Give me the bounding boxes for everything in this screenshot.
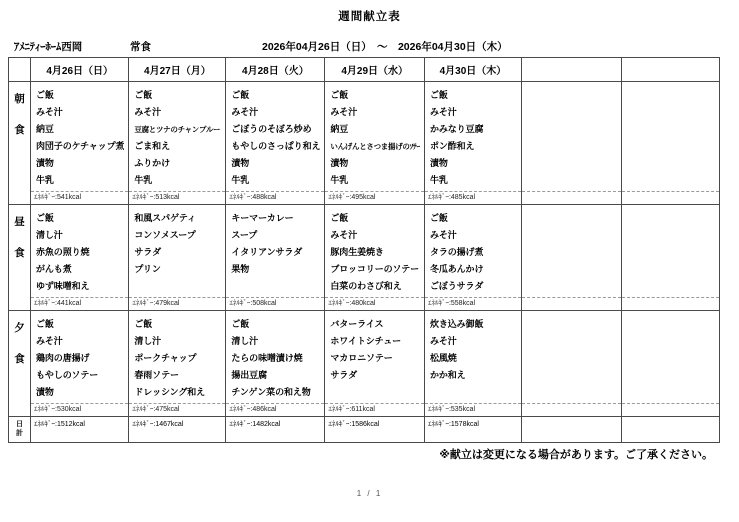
meal-section-row: 夕食ご飯みそ汁鶏肉の唐揚げもやしのソテー漬物ｴﾈﾙｷﾞｰ:530kcalご飯清し…	[9, 311, 720, 417]
empty-total-cell	[521, 417, 621, 443]
menu-item-list: 和風スパゲティコンソメスープサラダプリン	[129, 205, 225, 297]
meal-label-cell: 昼食	[9, 205, 31, 311]
menu-cell: ご飯みそ汁豆腐とツナのチャンプルーごま和えふりかけ牛乳ｴﾈﾙｷﾞｰ:513kca…	[129, 82, 226, 205]
menu-item: プリン	[134, 261, 221, 278]
menu-item: ゆず味噌和え	[36, 278, 124, 295]
energy-value: ｴﾈﾙｷﾞｰ:475kcal	[129, 403, 225, 416]
empty-menu-cell	[521, 205, 621, 311]
day-header: 4月26日（日）	[31, 58, 129, 82]
menu-cell: ご飯みそ汁ごぼうのそぼろ炒めもやしのさっぱり和え漬物牛乳ｴﾈﾙｷﾞｰ:488kc…	[226, 82, 325, 205]
empty-menu-area	[522, 82, 621, 191]
menu-item: ご飯	[36, 210, 124, 227]
menu-item: ご飯	[430, 210, 517, 227]
empty-energy-area	[622, 403, 719, 416]
menu-item: 漬物	[231, 155, 320, 172]
energy-value: ｴﾈﾙｷﾞｰ:508kcal	[226, 297, 324, 310]
menu-item: ブロッコリーのソテー	[330, 261, 420, 278]
energy-value: ｴﾈﾙｷﾞｰ:441kcal	[31, 297, 128, 310]
menu-cell: 和風スパゲティコンソメスープサラダプリンｴﾈﾙｷﾞｰ:479kcal	[129, 205, 226, 311]
empty-menu-area	[622, 82, 719, 191]
empty-menu-cell	[621, 205, 719, 311]
menu-item: 春雨ソテー	[134, 367, 221, 384]
menu-item: 漬物	[430, 155, 517, 172]
menu-item: 牛乳	[36, 172, 124, 189]
menu-cell: 炊き込み御飯みそ汁松風焼かか和えｴﾈﾙｷﾞｰ:535kcal	[424, 311, 521, 417]
empty-total-cell	[621, 417, 719, 443]
menu-item: もやしのさっぱり和え	[231, 138, 320, 155]
daily-total-cell: ｴﾈﾙｷﾞｰ:1578kcal	[424, 417, 521, 443]
menu-item: 漬物	[36, 384, 124, 401]
meal-label-cell: 夕食	[9, 311, 31, 417]
menu-item-list: 炊き込み御飯みそ汁松風焼かか和え	[425, 311, 521, 403]
day-header: 4月27日（月）	[129, 58, 226, 82]
empty-energy-area	[622, 297, 719, 310]
daily-total-label-text: 日計	[15, 420, 23, 438]
daily-total-cell: ｴﾈﾙｷﾞｰ:1586kcal	[325, 417, 425, 443]
day-header-row: 4月26日（日） 4月27日（月） 4月28日（火） 4月29日（水） 4月30…	[9, 58, 720, 82]
daily-total-value: ｴﾈﾙｷﾞｰ:1578kcal	[425, 417, 521, 429]
menu-item: みそ汁	[330, 104, 420, 121]
menu-item: 清し汁	[231, 333, 320, 350]
menu-item: かみなり豆腐	[430, 121, 517, 138]
menu-item: がんも煮	[36, 261, 124, 278]
menu-item: 納豆	[36, 121, 124, 138]
menu-item: ご飯	[430, 87, 517, 104]
menu-item: 納豆	[330, 121, 420, 138]
menu-item: いんげんとさつま揚げのｿﾃｰ	[330, 138, 420, 155]
menu-item: みそ汁	[430, 333, 517, 350]
menu-item: 赤魚の照り焼	[36, 244, 124, 261]
empty-menu-cell	[621, 82, 719, 205]
meal-label-text: 朝食	[13, 84, 25, 146]
menu-item: みそ汁	[330, 227, 420, 244]
empty-day-header	[521, 58, 621, 82]
menu-cell: キーマーカレースープイタリアンサラダ果物ｴﾈﾙｷﾞｰ:508kcal	[226, 205, 325, 311]
menu-item: イタリアンサラダ	[231, 244, 320, 261]
day-header: 4月28日（火）	[226, 58, 325, 82]
empty-menu-cell	[621, 311, 719, 417]
menu-item: 牛乳	[430, 172, 517, 189]
menu-item: 牛乳	[330, 172, 420, 189]
empty-energy-area	[522, 297, 621, 310]
menu-item: バターライス	[330, 316, 420, 333]
menu-item: 清し汁	[36, 227, 124, 244]
menu-item: みそ汁	[430, 227, 517, 244]
energy-value: ｴﾈﾙｷﾞｰ:535kcal	[425, 403, 521, 416]
menu-item-list: ご飯みそ汁かみなり豆腐ポン酢和え漬物牛乳	[425, 82, 521, 191]
menu-item-list: ご飯清し汁赤魚の照り焼がんも煮ゆず味噌和え	[31, 205, 128, 297]
day-header: 4月29日（水）	[325, 58, 425, 82]
menu-cell: ご飯清し汁たらの味噌漬け焼揚出豆腐チンゲン菜の和え物ｴﾈﾙｷﾞｰ:486kcal	[226, 311, 325, 417]
energy-value: ｴﾈﾙｷﾞｰ:558kcal	[425, 297, 521, 310]
energy-value: ｴﾈﾙｷﾞｰ:485kcal	[425, 191, 521, 204]
date-range: 2026年04月26日（日） ～ 2026年04月30日（木）	[262, 39, 508, 54]
menu-item: 果物	[231, 261, 320, 278]
meal-label-cell: 朝食	[9, 82, 31, 205]
menu-item: ごぼうのそぼろ炒め	[231, 121, 320, 138]
menu-item: ごぼうサラダ	[430, 278, 517, 295]
menu-item: 漬物	[330, 155, 420, 172]
menu-item: コンソメスープ	[134, 227, 221, 244]
menu-item: ご飯	[134, 87, 221, 104]
menu-item-list: ご飯みそ汁豚肉生姜焼きブロッコリーのソテー白菜のわさび和え	[325, 205, 424, 297]
document-info-row: ｱﾒﾆﾃｨｰﾎｰﾑ西岡 常食 2026年04月26日（日） ～ 2026年04月…	[14, 39, 713, 54]
menu-cell: ご飯みそ汁納豆肉団子のケチャップ煮漬物牛乳ｴﾈﾙｷﾞｰ:541kcal	[31, 82, 129, 205]
meal-label-text: 昼食	[13, 207, 25, 269]
menu-item: みそ汁	[134, 104, 221, 121]
menu-cell: ご飯みそ汁かみなり豆腐ポン酢和え漬物牛乳ｴﾈﾙｷﾞｰ:485kcal	[424, 82, 521, 205]
menu-item: ポン酢和え	[430, 138, 517, 155]
empty-energy-area	[522, 403, 621, 416]
menu-item: 冬瓜あんかけ	[430, 261, 517, 278]
energy-value: ｴﾈﾙｷﾞｰ:611kcal	[325, 403, 424, 416]
energy-value: ｴﾈﾙｷﾞｰ:480kcal	[325, 297, 424, 310]
empty-day-header	[621, 58, 719, 82]
menu-item: ご飯	[231, 316, 320, 333]
daily-total-row: 日計ｴﾈﾙｷﾞｰ:1512kcalｴﾈﾙｷﾞｰ:1467kcalｴﾈﾙｷﾞｰ:1…	[9, 417, 720, 443]
menu-item: ドレッシング和え	[134, 384, 221, 401]
menu-item: みそ汁	[231, 104, 320, 121]
menu-item-list: ご飯みそ汁納豆肉団子のケチャップ煮漬物牛乳	[31, 82, 128, 191]
meal-section-row: 昼食ご飯清し汁赤魚の照り焼がんも煮ゆず味噌和えｴﾈﾙｷﾞｰ:441kcal和風ス…	[9, 205, 720, 311]
empty-energy-area	[622, 191, 719, 204]
menu-item: 松風焼	[430, 350, 517, 367]
energy-value: ｴﾈﾙｷﾞｰ:495kcal	[325, 191, 424, 204]
menu-item: タラの揚げ煮	[430, 244, 517, 261]
daily-total-label-cell: 日計	[9, 417, 31, 443]
menu-cell: ご飯みそ汁鶏肉の唐揚げもやしのソテー漬物ｴﾈﾙｷﾞｰ:530kcal	[31, 311, 129, 417]
daily-total-cell: ｴﾈﾙｷﾞｰ:1467kcal	[129, 417, 226, 443]
menu-item-list: キーマーカレースープイタリアンサラダ果物	[226, 205, 324, 297]
facility-name: ｱﾒﾆﾃｨｰﾎｰﾑ西岡	[14, 39, 82, 54]
menu-item: ご飯	[330, 210, 420, 227]
page-number: 1 / 1	[0, 489, 739, 498]
menu-cell: ご飯清し汁ポークチャップ春雨ソテードレッシング和えｴﾈﾙｷﾞｰ:475kcal	[129, 311, 226, 417]
empty-menu-area	[522, 311, 621, 403]
menu-item: かか和え	[430, 367, 517, 384]
menu-item: ご飯	[231, 87, 320, 104]
energy-value: ｴﾈﾙｷﾞｰ:513kcal	[129, 191, 225, 204]
menu-item: たらの味噌漬け焼	[231, 350, 320, 367]
energy-value: ｴﾈﾙｷﾞｰ:530kcal	[31, 403, 128, 416]
menu-item: もやしのソテー	[36, 367, 124, 384]
menu-cell: ご飯みそ汁豚肉生姜焼きブロッコリーのソテー白菜のわさび和えｴﾈﾙｷﾞｰ:480k…	[325, 205, 425, 311]
menu-item-list: ご飯清し汁ポークチャップ春雨ソテードレッシング和え	[129, 311, 225, 403]
menu-item: ごま和え	[134, 138, 221, 155]
menu-item: 炊き込み御飯	[430, 316, 517, 333]
menu-item: 牛乳	[231, 172, 320, 189]
diet-type: 常食	[130, 39, 151, 54]
energy-value: ｴﾈﾙｷﾞｰ:541kcal	[31, 191, 128, 204]
menu-cell: ご飯みそ汁タラの揚げ煮冬瓜あんかけごぼうサラダｴﾈﾙｷﾞｰ:558kcal	[424, 205, 521, 311]
menu-item: 肉団子のケチャップ煮	[36, 138, 124, 155]
menu-item: ふりかけ	[134, 155, 221, 172]
daily-total-value: ｴﾈﾙｷﾞｰ:1512kcal	[31, 417, 128, 429]
menu-cell: バターライスホワイトシチューマカロニソテーサラダｴﾈﾙｷﾞｰ:611kcal	[325, 311, 425, 417]
empty-menu-area	[622, 205, 719, 297]
menu-item-list: ご飯みそ汁鶏肉の唐揚げもやしのソテー漬物	[31, 311, 128, 403]
menu-item: マカロニソテー	[330, 350, 420, 367]
menu-item: みそ汁	[430, 104, 517, 121]
menu-table-body: 4月26日（日） 4月27日（月） 4月28日（火） 4月29日（水） 4月30…	[9, 58, 720, 443]
corner-cell	[9, 58, 31, 82]
menu-item: みそ汁	[36, 333, 124, 350]
menu-item: ホワイトシチュー	[330, 333, 420, 350]
day-header: 4月30日（木）	[424, 58, 521, 82]
menu-item: 豚肉生姜焼き	[330, 244, 420, 261]
empty-menu-area	[622, 311, 719, 403]
menu-item: チンゲン菜の和え物	[231, 384, 320, 401]
menu-item: 白菜のわさび和え	[330, 278, 420, 295]
energy-value: ｴﾈﾙｷﾞｰ:479kcal	[129, 297, 225, 310]
menu-cell: ご飯みそ汁納豆いんげんとさつま揚げのｿﾃｰ漬物牛乳ｴﾈﾙｷﾞｰ:495kcal	[325, 82, 425, 205]
menu-item: サラダ	[134, 244, 221, 261]
menu-item: キーマーカレー	[231, 210, 320, 227]
weekly-menu-table: 4月26日（日） 4月27日（月） 4月28日（火） 4月29日（水） 4月30…	[8, 57, 720, 443]
menu-item: スープ	[231, 227, 320, 244]
menu-item: 豆腐とツナのチャンプルー	[134, 121, 221, 138]
menu-item: 清し汁	[134, 333, 221, 350]
page-title: 週間献立表	[0, 8, 739, 24]
energy-value: ｴﾈﾙｷﾞｰ:488kcal	[226, 191, 324, 204]
menu-item: サラダ	[330, 367, 420, 384]
menu-item-list: ご飯みそ汁納豆いんげんとさつま揚げのｿﾃｰ漬物牛乳	[325, 82, 424, 191]
daily-total-cell: ｴﾈﾙｷﾞｰ:1482kcal	[226, 417, 325, 443]
menu-item: ポークチャップ	[134, 350, 221, 367]
empty-energy-area	[522, 191, 621, 204]
menu-item-list: ご飯みそ汁タラの揚げ煮冬瓜あんかけごぼうサラダ	[425, 205, 521, 297]
daily-total-value: ｴﾈﾙｷﾞｰ:1467kcal	[129, 417, 225, 429]
meal-label-text: 夕食	[13, 313, 25, 375]
menu-item: 漬物	[36, 155, 124, 172]
menu-item: 揚出豆腐	[231, 367, 320, 384]
empty-menu-cell	[521, 311, 621, 417]
footer-note: ※献立は変更になる場合があります。ご了承ください。	[439, 446, 713, 462]
daily-total-value: ｴﾈﾙｷﾞｰ:1482kcal	[226, 417, 324, 429]
menu-item: ご飯	[36, 87, 124, 104]
daily-total-value: ｴﾈﾙｷﾞｰ:1586kcal	[325, 417, 424, 429]
menu-item: ご飯	[36, 316, 124, 333]
menu-cell: ご飯清し汁赤魚の照り焼がんも煮ゆず味噌和えｴﾈﾙｷﾞｰ:441kcal	[31, 205, 129, 311]
menu-item-list: ご飯みそ汁豆腐とツナのチャンプルーごま和えふりかけ牛乳	[129, 82, 225, 191]
menu-item: ご飯	[330, 87, 420, 104]
menu-item: みそ汁	[36, 104, 124, 121]
menu-item-list: ご飯みそ汁ごぼうのそぼろ炒めもやしのさっぱり和え漬物牛乳	[226, 82, 324, 191]
menu-item: 鶏肉の唐揚げ	[36, 350, 124, 367]
empty-menu-area	[522, 205, 621, 297]
menu-item: 和風スパゲティ	[134, 210, 221, 227]
daily-total-cell: ｴﾈﾙｷﾞｰ:1512kcal	[31, 417, 129, 443]
meal-section-row: 朝食ご飯みそ汁納豆肉団子のケチャップ煮漬物牛乳ｴﾈﾙｷﾞｰ:541kcalご飯み…	[9, 82, 720, 205]
menu-item-list: バターライスホワイトシチューマカロニソテーサラダ	[325, 311, 424, 403]
menu-item: ご飯	[134, 316, 221, 333]
menu-item: 牛乳	[134, 172, 221, 189]
empty-menu-cell	[521, 82, 621, 205]
energy-value: ｴﾈﾙｷﾞｰ:486kcal	[226, 403, 324, 416]
menu-item-list: ご飯清し汁たらの味噌漬け焼揚出豆腐チンゲン菜の和え物	[226, 311, 324, 403]
